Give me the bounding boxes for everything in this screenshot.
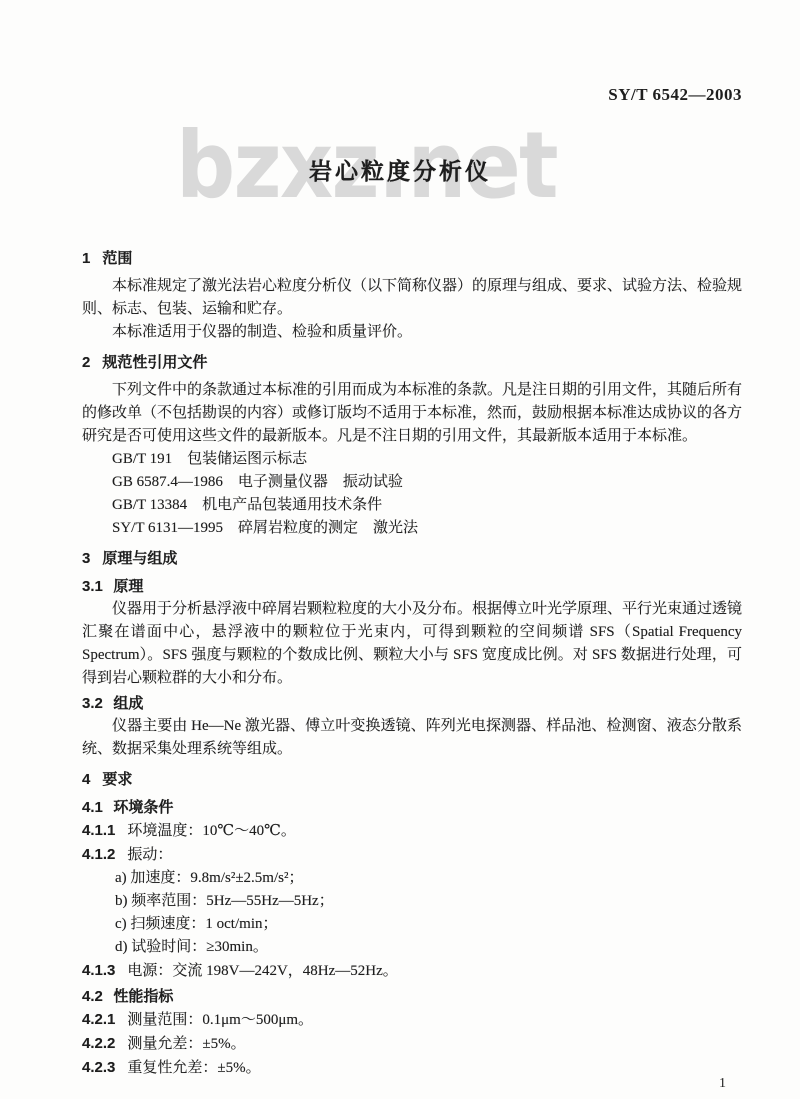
reference-item: SY/T 6131—1995 碎屑岩粒度的测定 激光法 bbox=[82, 517, 742, 540]
clause: 4.2.2测量允差：±5%。 bbox=[82, 1032, 742, 1056]
clause-number: 3 bbox=[82, 550, 90, 567]
clause-text: 规范性引用文件 bbox=[102, 354, 207, 371]
section-heading: 4要求 bbox=[82, 768, 742, 791]
clause: 4.2.3重复性允差：±5%。 bbox=[82, 1056, 742, 1080]
clause-text: 原理 bbox=[113, 578, 143, 595]
reference-item: GB/T 13384 机电产品包装通用技术条件 bbox=[82, 494, 742, 517]
clause-text: 环境温度：10℃～40℃。 bbox=[127, 823, 296, 839]
clause-number: 4.2.1 bbox=[82, 1011, 115, 1028]
clause: 4.1.3电源：交流 198V—242V，48Hz—52Hz。 bbox=[82, 959, 742, 983]
section-heading: 1范围 bbox=[82, 247, 742, 270]
clause-text: 测量允差：±5%。 bbox=[127, 1036, 245, 1052]
clause-number: 1 bbox=[82, 250, 90, 267]
clause-text: 环境条件 bbox=[113, 799, 173, 816]
clause-number: 4.2 bbox=[82, 988, 103, 1005]
list-item: d) 试验时间：≥30min。 bbox=[82, 936, 742, 959]
clause-text: 电源：交流 198V—242V，48Hz—52Hz。 bbox=[127, 963, 397, 979]
section-heading: 3原理与组成 bbox=[82, 547, 742, 570]
standard-number: SY/T 6542—2003 bbox=[608, 85, 742, 105]
clause-number: 2 bbox=[82, 354, 90, 371]
document-title: 岩心粒度分析仪 bbox=[0, 153, 800, 186]
clause-number: 4.1 bbox=[82, 799, 103, 816]
clause-text: 要求 bbox=[102, 771, 132, 788]
sub-heading: 3.2组成 bbox=[82, 692, 742, 715]
paragraph: 仪器主要由 He—Ne 激光器、傅立叶变换透镜、阵列光电探测器、样品池、检测窗、… bbox=[82, 715, 742, 761]
section-heading: 2规范性引用文件 bbox=[82, 351, 742, 374]
paragraph: 本标准规定了激光法岩心粒度分析仪（以下简称仪器）的原理与组成、要求、试验方法、检… bbox=[82, 275, 742, 321]
clause-number: 4.2.3 bbox=[82, 1059, 115, 1076]
paragraph: 本标准适用于仪器的制造、检验和质量评价。 bbox=[82, 321, 742, 344]
document-page: bzxz.net SY/T 6542—2003 岩心粒度分析仪 1范围本标准规定… bbox=[0, 0, 800, 1099]
paragraph: 下列文件中的条款通过本标准的引用而成为本标准的条款。凡是注日期的引用文件，其随后… bbox=[82, 379, 742, 448]
page-number: 1 bbox=[719, 1076, 726, 1092]
document-body: 1范围本标准规定了激光法岩心粒度分析仪（以下简称仪器）的原理与组成、要求、试验方… bbox=[82, 240, 742, 1080]
paragraph: 仪器用于分析悬浮液中碎屑岩颗粒粒度的大小及分布。根据傅立叶光学原理、平行光束通过… bbox=[82, 598, 742, 690]
clause-text: 性能指标 bbox=[113, 988, 173, 1005]
clause-number: 4.1.2 bbox=[82, 846, 115, 863]
clause-number: 4.2.2 bbox=[82, 1035, 115, 1052]
clause: 4.1.2振动： bbox=[82, 843, 742, 867]
clause-text: 组成 bbox=[113, 695, 143, 712]
clause: 4.2.1测量范围：0.1μm～500μm。 bbox=[82, 1008, 742, 1032]
clause-text: 重复性允差：±5%。 bbox=[127, 1060, 260, 1076]
reference-item: GB 6587.4—1986 电子测量仪器 振动试验 bbox=[82, 471, 742, 494]
sub-heading: 4.1环境条件 bbox=[82, 796, 742, 819]
clause: 4.1.1环境温度：10℃～40℃。 bbox=[82, 819, 742, 843]
clause-number: 3.1 bbox=[82, 578, 103, 595]
reference-item: GB/T 191 包装储运图示标志 bbox=[82, 448, 742, 471]
list-item: b) 频率范围：5Hz—55Hz—5Hz； bbox=[82, 890, 742, 913]
clause-text: 振动： bbox=[127, 847, 172, 863]
clause-number: 4.1.1 bbox=[82, 822, 115, 839]
sub-heading: 3.1原理 bbox=[82, 575, 742, 598]
clause-number: 4 bbox=[82, 771, 90, 788]
sub-heading: 4.2性能指标 bbox=[82, 985, 742, 1008]
list-item: c) 扫频速度：1 oct/min； bbox=[82, 913, 742, 936]
clause-text: 原理与组成 bbox=[102, 550, 177, 567]
clause-text: 范围 bbox=[102, 250, 132, 267]
clause-text: 测量范围：0.1μm～500μm。 bbox=[127, 1012, 313, 1028]
clause-number: 4.1.3 bbox=[82, 962, 115, 979]
list-item: a) 加速度：9.8m/s²±2.5m/s²； bbox=[82, 867, 742, 890]
clause-number: 3.2 bbox=[82, 695, 103, 712]
